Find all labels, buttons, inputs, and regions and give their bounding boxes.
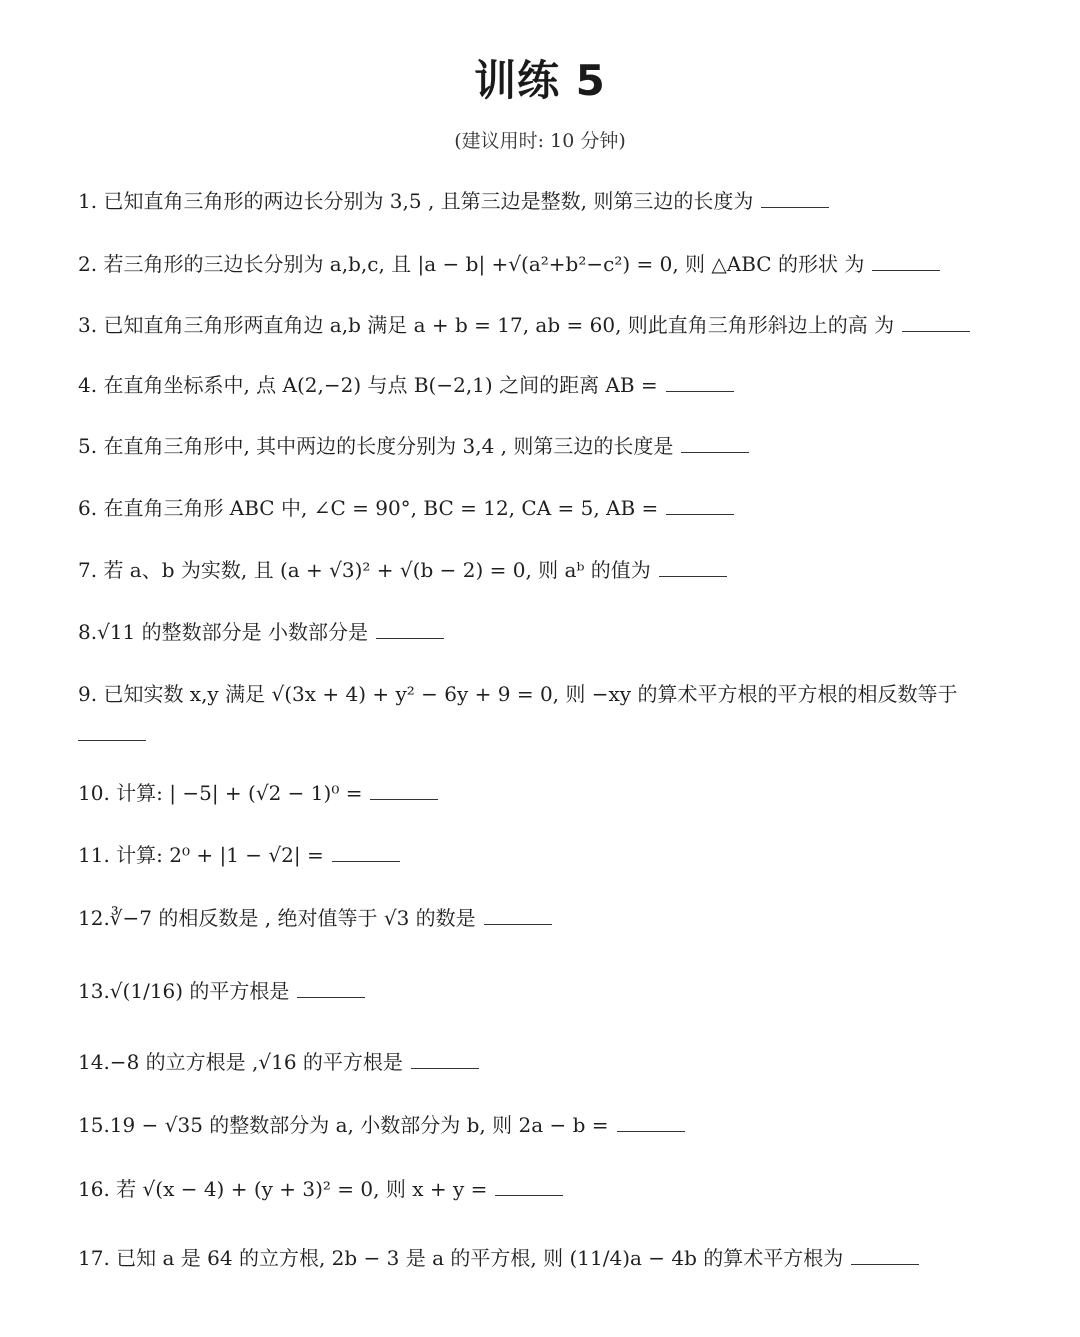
question-9-answer-line [78, 719, 146, 749]
suggested-time: (建议用时: 10 分钟) [0, 126, 1080, 153]
answer-blank[interactable] [495, 1177, 563, 1196]
question-16: 16. 若 √(x − 4) + (y + 3)² = 0, 则 x + y = [78, 1174, 563, 1204]
question-10: 10. 计算: | −5| + (√2 − 1)⁰ = [78, 778, 438, 808]
question-8: 8.√11 的整数部分是 小数部分是 [78, 617, 444, 647]
question-11: 11. 计算: 2⁰ + |1 − √2| = [78, 840, 400, 870]
question-text: 16. 若 √(x − 4) + (y + 3)² = 0, 则 x + y = [78, 1177, 487, 1201]
answer-blank[interactable] [666, 496, 734, 515]
answer-blank[interactable] [666, 373, 734, 392]
question-text: 17. 已知 a 是 64 的立方根, 2b − 3 是 a 的平方根, 则 (… [78, 1246, 843, 1270]
question-2: 2. 若三角形的三边长分别为 a,b,c, 且 |a − b| +√(a²+b²… [78, 249, 940, 279]
question-text: 6. 在直角三角形 ABC 中, ∠C = 90°, BC = 12, CA =… [78, 496, 658, 520]
answer-blank[interactable] [376, 620, 444, 639]
question-text: 10. 计算: | −5| + (√2 − 1)⁰ = [78, 781, 362, 805]
question-5: 5. 在直角三角形中, 其中两边的长度分别为 3,4 , 则第三边的长度是 [78, 431, 749, 461]
question-text: 13.√(1/16) 的平方根是 [78, 979, 289, 1003]
question-text: 15.19 − √35 的整数部分为 a, 小数部分为 b, 则 2a − b … [78, 1113, 609, 1137]
question-4: 4. 在直角坐标系中, 点 A(2,−2) 与点 B(−2,1) 之间的距离 A… [78, 370, 734, 400]
question-14: 14.−8 的立方根是 ,√16 的平方根是 [78, 1047, 479, 1077]
question-1: 1. 已知直角三角形的两边长分别为 3,5 , 且第三边是整数, 则第三边的长度… [78, 186, 829, 216]
question-text: 14.−8 的立方根是 ,√16 的平方根是 [78, 1050, 403, 1074]
answer-blank[interactable] [484, 906, 552, 925]
question-text: 2. 若三角形的三边长分别为 a,b,c, 且 |a − b| +√(a²+b²… [78, 252, 864, 276]
answer-blank[interactable] [681, 434, 749, 453]
question-text: 7. 若 a、b 为实数, 且 (a + √3)² + √(b − 2) = 0… [78, 558, 651, 582]
answer-blank[interactable] [297, 979, 365, 998]
question-7: 7. 若 a、b 为实数, 且 (a + √3)² + √(b − 2) = 0… [78, 555, 727, 585]
question-text: 11. 计算: 2⁰ + |1 − √2| = [78, 843, 324, 867]
question-text: 1. 已知直角三角形的两边长分别为 3,5 , 且第三边是整数, 则第三边的长度… [78, 189, 753, 213]
question-6: 6. 在直角三角形 ABC 中, ∠C = 90°, BC = 12, CA =… [78, 493, 734, 523]
question-text: 5. 在直角三角形中, 其中两边的长度分别为 3,4 , 则第三边的长度是 [78, 434, 673, 458]
answer-blank[interactable] [761, 189, 829, 208]
page-title: 训练 5 [0, 48, 1080, 108]
question-text: 9. 已知实数 x,y 满足 √(3x + 4) + y² − 6y + 9 =… [78, 682, 957, 706]
question-17: 17. 已知 a 是 64 的立方根, 2b − 3 是 a 的平方根, 则 (… [78, 1243, 919, 1273]
question-12: 12.∛−7 的相反数是 , 绝对值等于 √3 的数是 [78, 903, 552, 933]
question-text: 3. 已知直角三角形两直角边 a,b 满足 a + b = 17, ab = 6… [78, 313, 894, 337]
answer-blank[interactable] [851, 1246, 919, 1265]
answer-blank[interactable] [659, 558, 727, 577]
answer-blank[interactable] [78, 722, 146, 741]
question-15: 15.19 − √35 的整数部分为 a, 小数部分为 b, 则 2a − b … [78, 1110, 685, 1140]
answer-blank[interactable] [617, 1113, 685, 1132]
question-text: 12.∛−7 的相反数是 , 绝对值等于 √3 的数是 [78, 906, 476, 930]
answer-blank[interactable] [332, 843, 400, 862]
question-text: 4. 在直角坐标系中, 点 A(2,−2) 与点 B(−2,1) 之间的距离 A… [78, 373, 658, 397]
answer-blank[interactable] [411, 1050, 479, 1069]
question-13: 13.√(1/16) 的平方根是 [78, 976, 365, 1006]
answer-blank[interactable] [902, 313, 970, 332]
question-3: 3. 已知直角三角形两直角边 a,b 满足 a + b = 17, ab = 6… [78, 310, 970, 340]
question-text: 8.√11 的整数部分是 小数部分是 [78, 620, 368, 644]
answer-blank[interactable] [370, 781, 438, 800]
question-9: 9. 已知实数 x,y 满足 √(3x + 4) + y² − 6y + 9 =… [78, 679, 957, 709]
answer-blank[interactable] [872, 252, 940, 271]
